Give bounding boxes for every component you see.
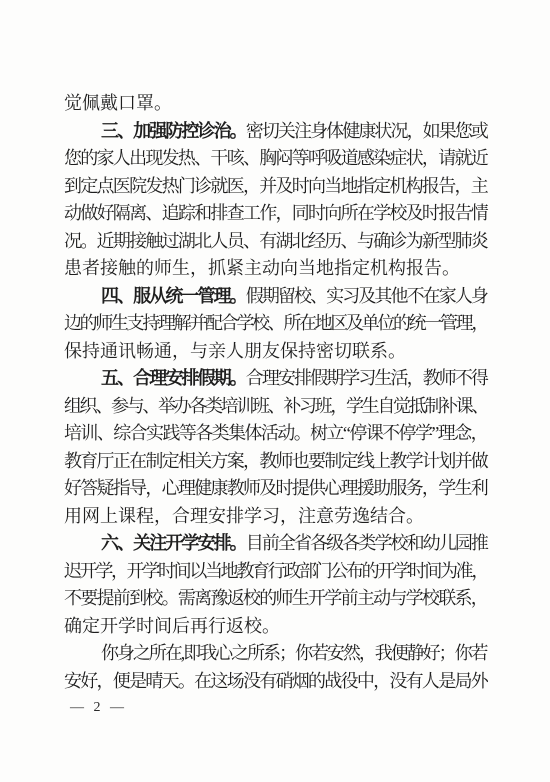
text-line: 边的师生支持理解并配合学校、所在地区及单位的统一管理， bbox=[64, 310, 487, 338]
section-heading: 六、关注开学安排。 bbox=[101, 533, 246, 553]
document-text-block: 觉佩戴口罩。三、加强防控诊治。密切关注身体健康状况，如果您或您的家人出现发热、干… bbox=[64, 90, 487, 695]
text-line: 不要提前到校。需离豫返校的师生开学前主动与学校联系， bbox=[64, 585, 487, 613]
text-line: 你身之所在,即我心之所系；你若安然，我便静好；你若 bbox=[64, 640, 487, 668]
text-line: 培训、综合实践等各类集体活动。树立“停课不停学”理念， bbox=[64, 420, 487, 448]
text-line: 用网上课程，合理安排学习，注意劳逸结合。 bbox=[64, 503, 487, 531]
text-line: 患者接触的师生，抓紧主动向当地指定机构报告。 bbox=[64, 255, 487, 283]
text-line-section-start: 四、服从统一管理。假期留校、实习及其他不在家人身 bbox=[64, 283, 487, 311]
text-line: 保持通讯畅通，与亲人朋友保持密切联系。 bbox=[64, 338, 487, 366]
text-line-section-start: 三、加强防控诊治。密切关注身体健康状况，如果您或 bbox=[64, 118, 487, 146]
text-line: 组织、参与、举办各类培训班、补习班，学生自觉抵制补课、 bbox=[64, 393, 487, 421]
text-line: 安好，便是晴天。在这场没有硝烟的战役中，没有人是局外 bbox=[64, 668, 487, 696]
section-heading: 三、加强防控诊治。 bbox=[101, 121, 246, 141]
text-line: 觉佩戴口罩。 bbox=[64, 90, 487, 118]
document-page: 觉佩戴口罩。三、加强防控诊治。密切关注身体健康状况，如果您或您的家人出现发热、干… bbox=[0, 0, 550, 782]
text-line-section-start: 五、合理安排假期。合理安排假期学习生活，教师不得 bbox=[64, 365, 487, 393]
section-heading: 五、合理安排假期。 bbox=[101, 368, 246, 388]
page-number: — 2 — bbox=[70, 700, 127, 716]
section-heading: 四、服从统一管理。 bbox=[101, 286, 246, 306]
text-line: 到定点医院发热门诊就医，并及时向当地指定机构报告，主 bbox=[64, 173, 487, 201]
text-line: 教育厅正在制定相关方案，教师也要制定线上教学计划并做 bbox=[64, 448, 487, 476]
text-line: 确定开学时间后再行返校。 bbox=[64, 613, 487, 641]
text-line: 况。近期接触过湖北人员、有湖北经历、与确诊为新型肺炎 bbox=[64, 228, 487, 256]
text-line: 您的家人出现发热、干咳、胸闷等呼吸道感染症状，请就近 bbox=[64, 145, 487, 173]
text-line: 动做好隔离、追踪和排查工作，同时向所在学校及时报告情 bbox=[64, 200, 487, 228]
text-line: 迟开学，开学时间以当地教育行政部门公布的开学时间为准， bbox=[64, 558, 487, 586]
text-line-section-start: 六、关注开学安排。目前全省各级各类学校和幼儿园推 bbox=[64, 530, 487, 558]
text-line: 好答疑指导，心理健康教师及时提供心理援助服务，学生利 bbox=[64, 475, 487, 503]
